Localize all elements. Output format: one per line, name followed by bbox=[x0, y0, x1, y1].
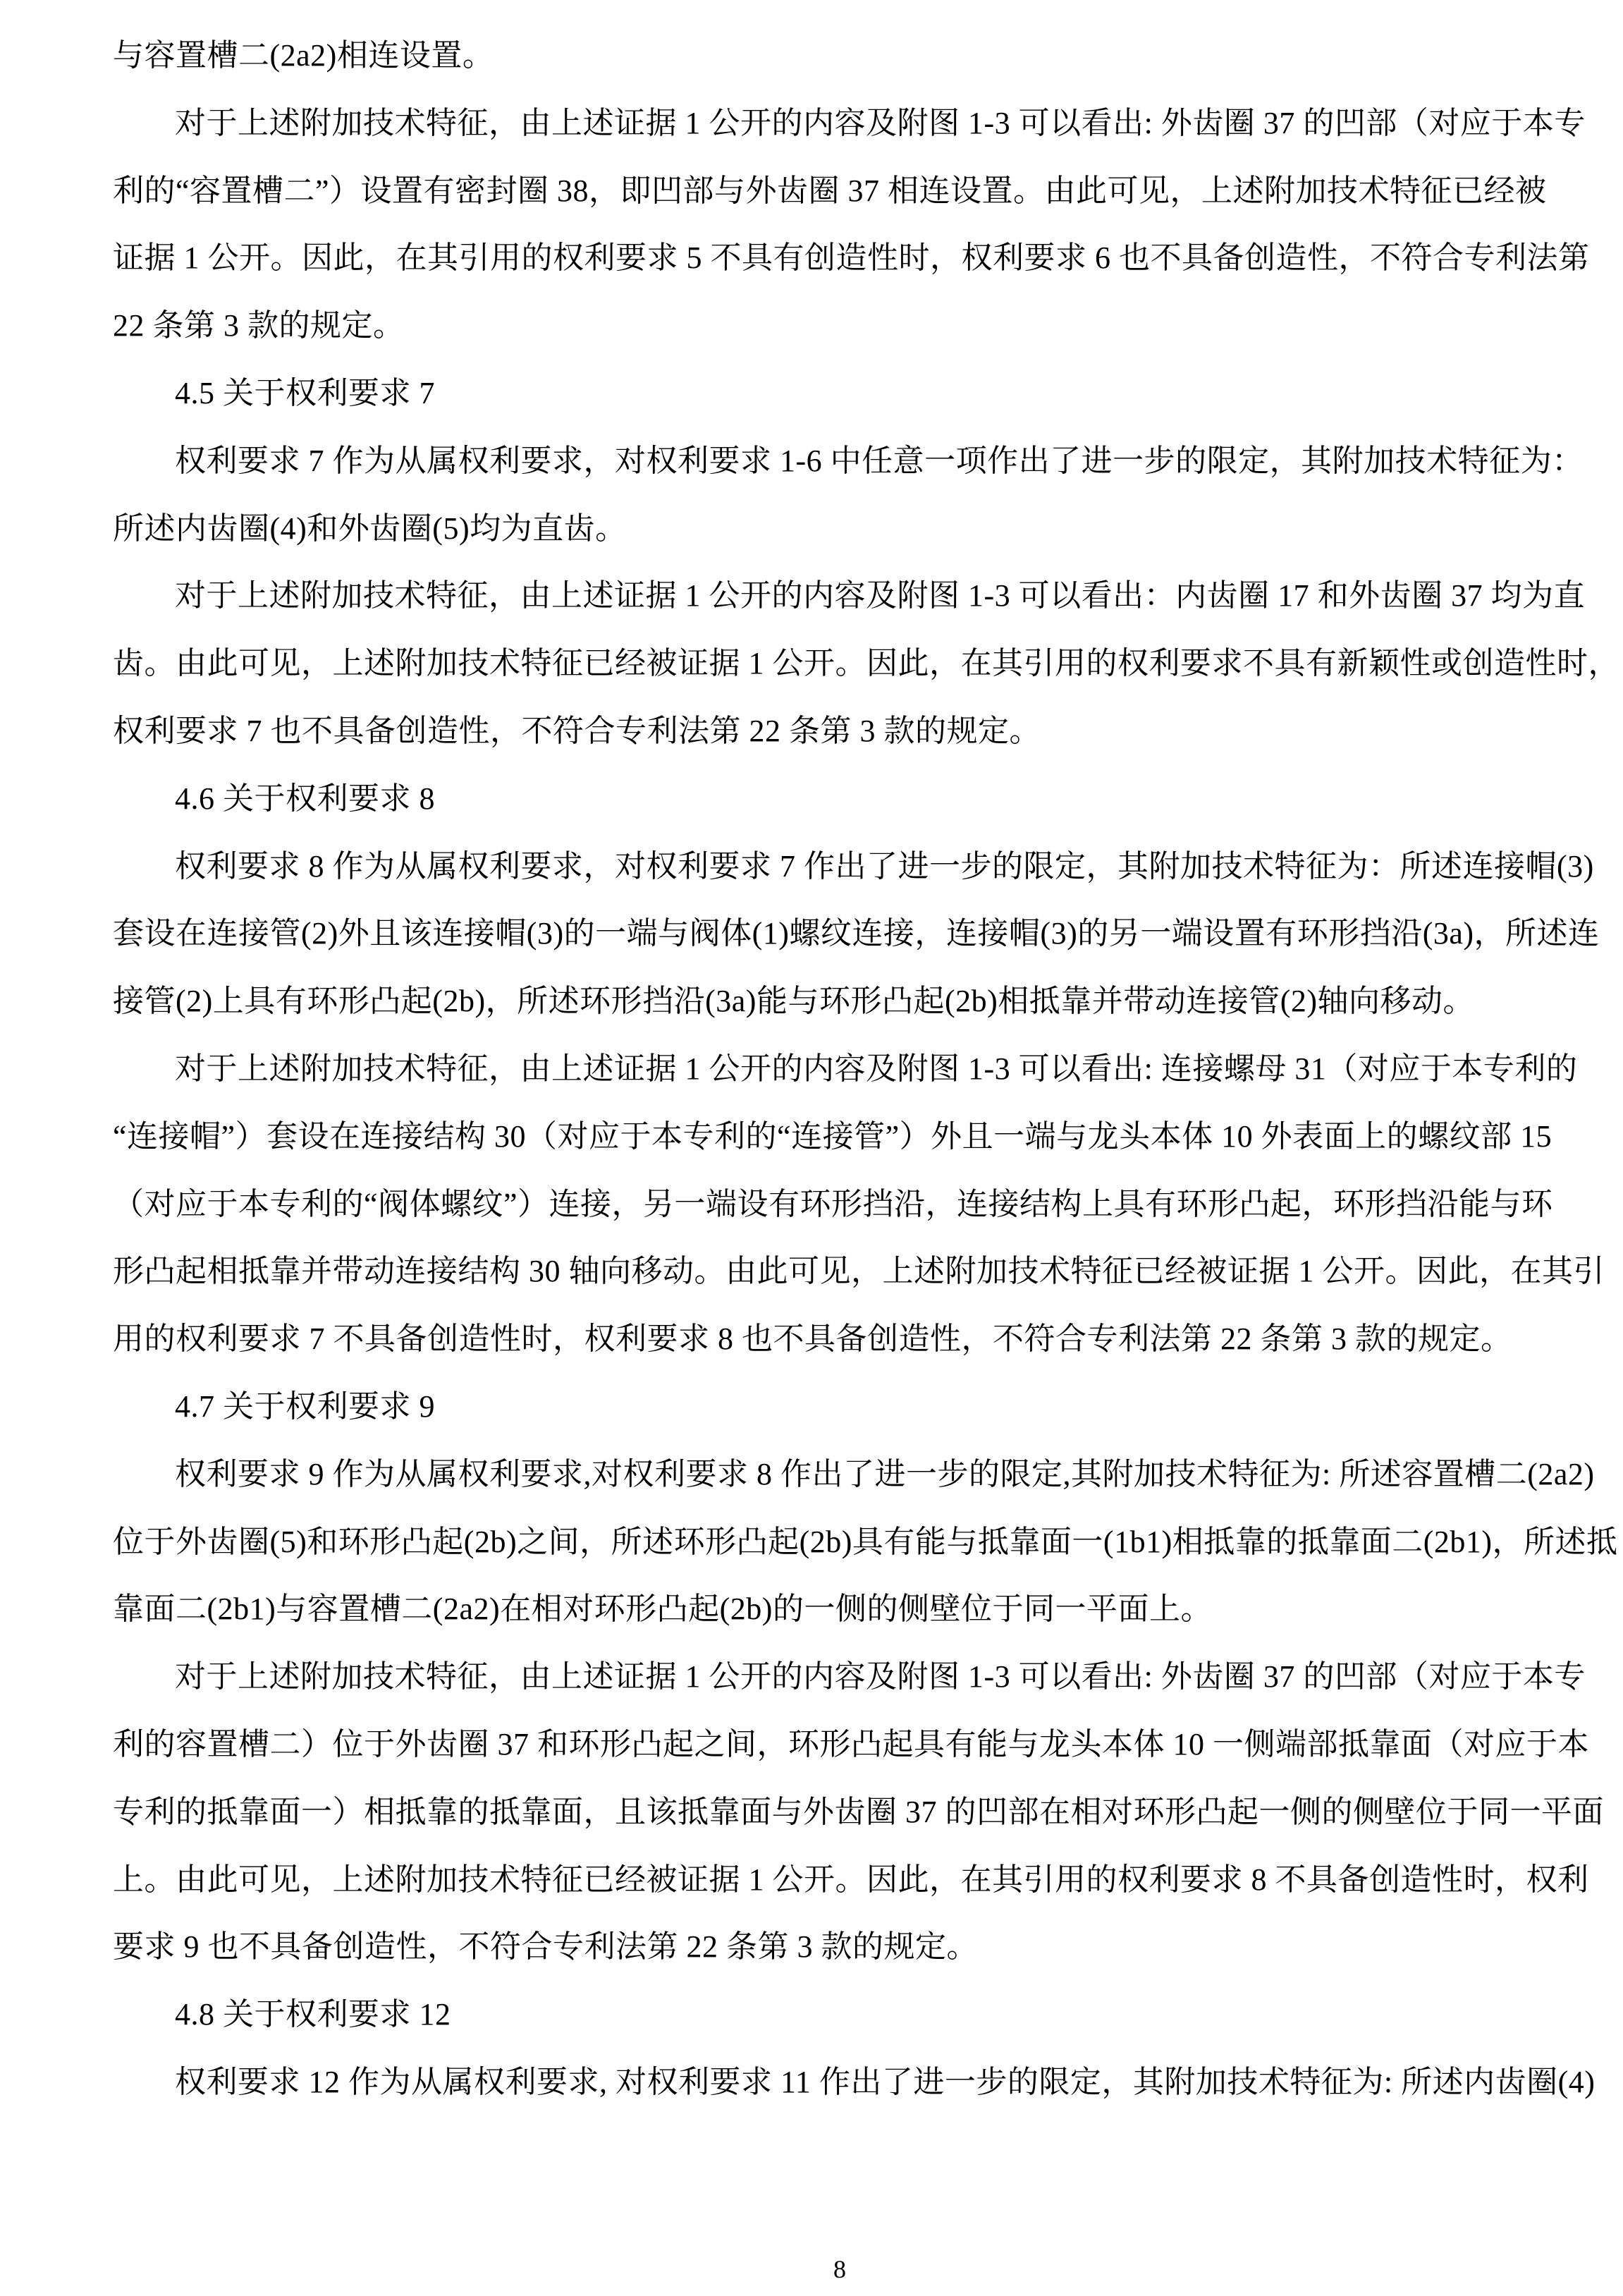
text-line: 4.8 关于权利要求 12 bbox=[113, 1981, 1571, 2048]
text-line: 要求 9 也不具备创造性，不符合专利法第 22 条第 3 款的规定。 bbox=[113, 1913, 1571, 1981]
text-line: 4.6 关于权利要求 8 bbox=[113, 765, 1571, 833]
page-footer: 8 bbox=[28, 2255, 1623, 2283]
text-line: 所述内齿圈(4)和外齿圈(5)均为直齿。 bbox=[113, 495, 1571, 563]
document-body: 与容置槽二(2a2)相连设置。对于上述附加技术特征，由上述证据 1 公开的内容及… bbox=[113, 22, 1571, 2116]
text-line: 接管(2)上具有环形凸起(2b)，所述环形挡沿(3a)能与环形凸起(2b)相抵靠… bbox=[113, 967, 1571, 1035]
text-line: “连接帽”）套设在连接结构 30（对应于本专利的“连接管”）外且一端与龙头本体 … bbox=[113, 1103, 1571, 1171]
text-line: 靠面二(2b1)与容置槽二(2a2)在相对环形凸起(2b)的一侧的侧壁位于同一平… bbox=[113, 1575, 1571, 1643]
text-line: 套设在连接管(2)外且该连接帽(3)的一端与阀体(1)螺纹连接，连接帽(3)的另… bbox=[113, 900, 1571, 967]
document-page: 与容置槽二(2a2)相连设置。对于上述附加技术特征，由上述证据 1 公开的内容及… bbox=[0, 0, 1623, 2296]
text-line: 权利要求 12 作为从属权利要求, 对权利要求 11 作出了进一步的限定，其附加… bbox=[113, 2048, 1571, 2116]
text-line: 与容置槽二(2a2)相连设置。 bbox=[113, 22, 1571, 90]
text-line: 形凸起相抵靠并带动连接结构 30 轴向移动。由此可见，上述附加技术特征已经被证据… bbox=[113, 1238, 1571, 1305]
text-line: 权利要求 7 作为从属权利要求，对权利要求 1-6 中任意一项作出了进一步的限定… bbox=[113, 427, 1571, 495]
text-line: 权利要求 9 作为从属权利要求,对权利要求 8 作出了进一步的限定,其附加技术特… bbox=[113, 1441, 1571, 1508]
text-line: 权利要求 8 作为从属权利要求，对权利要求 7 作出了进一步的限定，其附加技术特… bbox=[113, 833, 1571, 900]
text-line: 利的容置槽二）位于外齿圈 37 和环形凸起之间，环形凸起具有能与龙头本体 10 … bbox=[113, 1711, 1571, 1778]
page-number: 8 bbox=[833, 2255, 846, 2283]
text-line: 齿。由此可见，上述附加技术特征已经被证据 1 公开。因此，在其引用的权利要求不具… bbox=[113, 630, 1571, 697]
text-line: 对于上述附加技术特征，由上述证据 1 公开的内容及附图 1-3 可以看出: 外齿… bbox=[113, 90, 1571, 157]
text-line: 位于外齿圈(5)和环形凸起(2b)之间，所述环形凸起(2b)具有能与抵靠面一(1… bbox=[113, 1508, 1571, 1576]
text-line: 证据 1 公开。因此，在其引用的权利要求 5 不具有创造性时，权利要求 6 也不… bbox=[113, 224, 1571, 292]
text-line: 对于上述附加技术特征，由上述证据 1 公开的内容及附图 1-3 可以看出: 连接… bbox=[113, 1035, 1571, 1103]
text-line: 对于上述附加技术特征，由上述证据 1 公开的内容及附图 1-3 可以看出: 外齿… bbox=[113, 1643, 1571, 1711]
text-line: 对于上述附加技术特征，由上述证据 1 公开的内容及附图 1-3 可以看出：内齿圈… bbox=[113, 562, 1571, 630]
text-line: 22 条第 3 款的规定。 bbox=[113, 292, 1571, 360]
text-line: （对应于本专利的“阀体螺纹”）连接，另一端设有环形挡沿，连接结构上具有环形凸起，… bbox=[113, 1171, 1571, 1238]
text-line: 利的“容置槽二”）设置有密封圈 38，即凹部与外齿圈 37 相连设置。由此可见，… bbox=[113, 157, 1571, 225]
text-line: 4.5 关于权利要求 7 bbox=[113, 360, 1571, 427]
text-line: 4.7 关于权利要求 9 bbox=[113, 1373, 1571, 1441]
text-line: 上。由此可见，上述附加技术特征已经被证据 1 公开。因此，在其引用的权利要求 8… bbox=[113, 1846, 1571, 1914]
text-line: 权利要求 7 也不具备创造性，不符合专利法第 22 条第 3 款的规定。 bbox=[113, 697, 1571, 765]
text-line: 用的权利要求 7 不具备创造性时，权利要求 8 也不具备创造性，不符合专利法第 … bbox=[113, 1305, 1571, 1373]
text-line: 专利的抵靠面一）相抵靠的抵靠面，且该抵靠面与外齿圈 37 的凹部在相对环形凸起一… bbox=[113, 1778, 1571, 1846]
